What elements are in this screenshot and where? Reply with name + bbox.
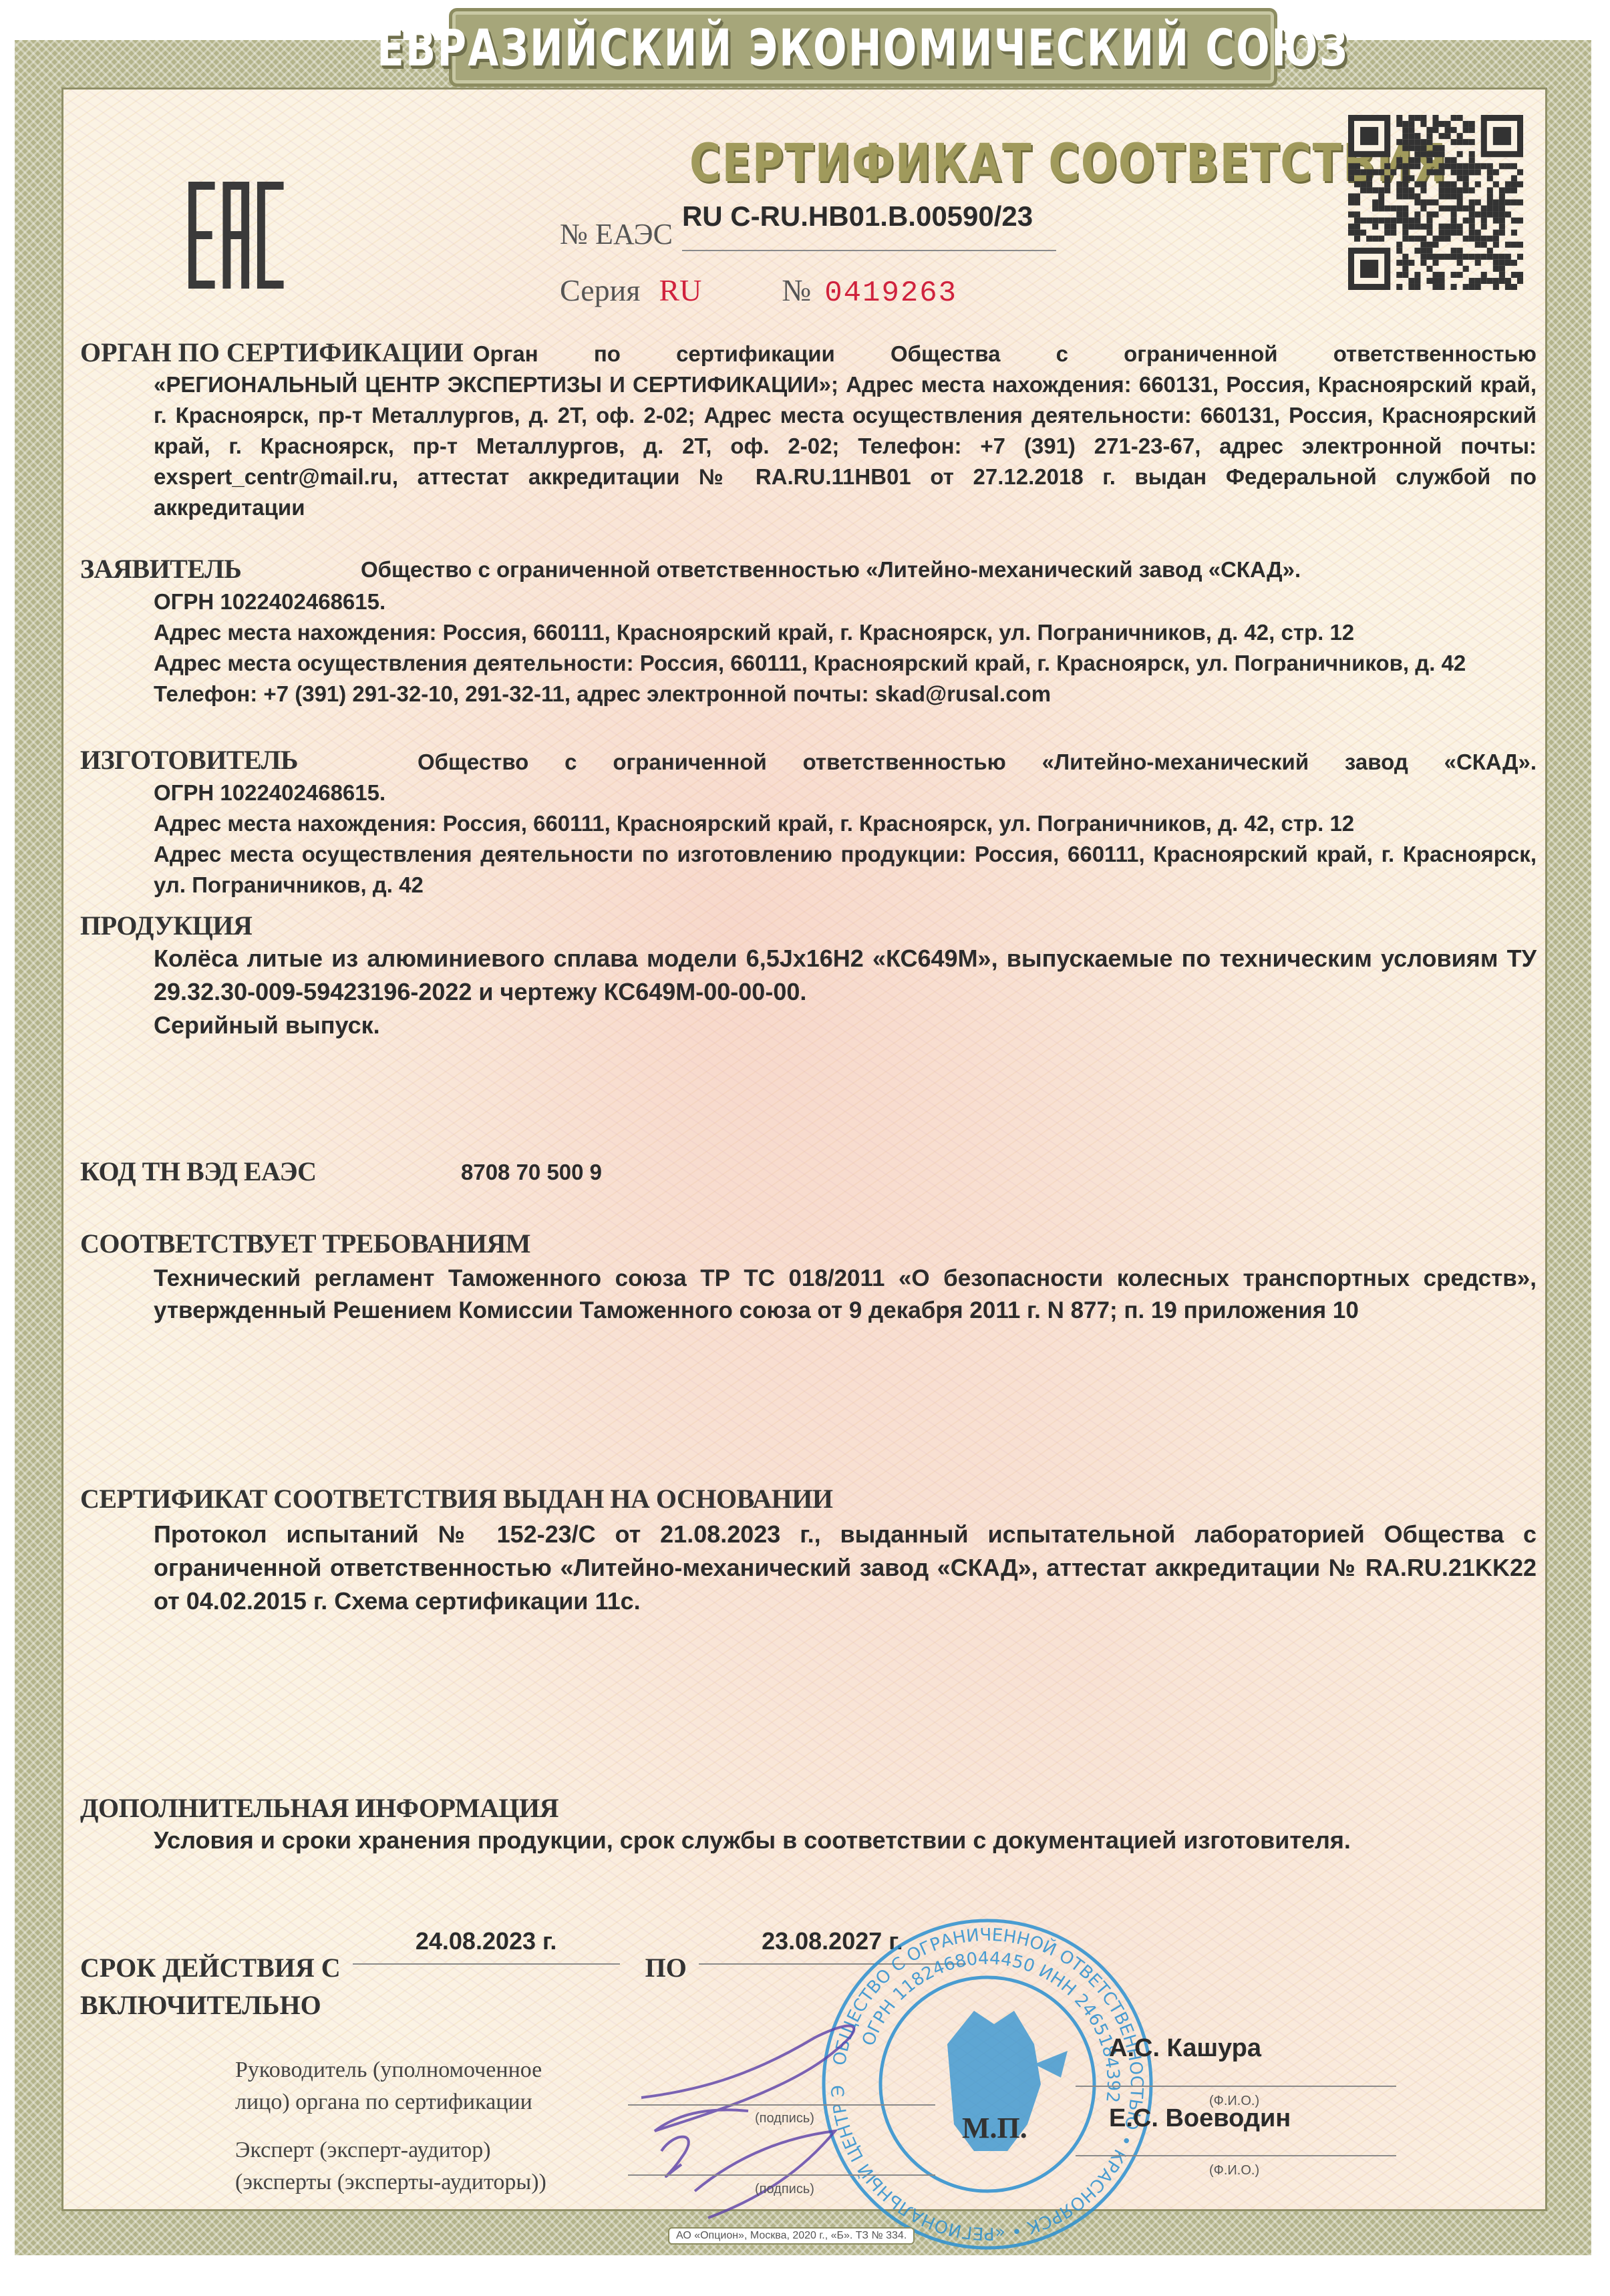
section-title-certification-body: ОРГАН ПО СЕРТИФИКАЦИИ	[80, 337, 464, 368]
applicant-details: ОГРН 1022402468615. Адрес места нахожден…	[154, 587, 1537, 709]
series-label: Серия	[560, 273, 640, 308]
section-title-additional-info: ДОПОЛНИТЕЛЬНАЯ ИНФОРМАЦИЯ	[80, 1792, 558, 1824]
head-signer-label-line-2: лицо) органа по сертификации	[235, 2086, 542, 2118]
applicant-address-location: Адрес места нахождения: Россия, 660111, …	[154, 617, 1537, 648]
additional-info-text: Условия и сроки хранения продукции, срок…	[154, 1824, 1537, 1857]
expert-name-caption: (Ф.И.О.)	[1209, 2163, 1259, 2178]
head-signer-name: А.С. Кашура	[1109, 2034, 1261, 2063]
manufacturer-details: ОГРН 1022402468615. Адрес места нахожден…	[154, 778, 1537, 900]
expert-name-line	[1076, 2155, 1396, 2156]
applicant-name: Общество с ограниченной ответственностью…	[361, 554, 1537, 585]
expert-signer-label: Эксперт (эксперт-аудитор) (эксперты (экс…	[235, 2134, 546, 2198]
expert-signer-label-line-2: (эксперты (эксперты-аудиторы))	[235, 2166, 546, 2198]
section-title-manufacturer: ИЗГОТОВИТЕЛЬ	[80, 744, 298, 776]
registration-number-row: № ЕАЭС RU C-RU.HB01.B.00590/23	[560, 200, 1056, 251]
manufacturer-address-production: Адрес места осуществления деятельности п…	[154, 839, 1537, 900]
series-value: RU	[659, 273, 701, 308]
manufacturer-ogrn: ОГРН 1022402468615.	[154, 778, 1537, 808]
manufacturer-address-location: Адрес места нахождения: Россия, 660111, …	[154, 808, 1537, 839]
union-title: ЕВРАЗИЙСКИЙ ЭКОНОМИЧЕСКИЙ СОЮЗ	[377, 18, 1349, 77]
product-description: Колёса литые из алюминиевого сплава моде…	[154, 942, 1537, 1009]
validity-from-date: 24.08.2023 г.	[353, 1927, 620, 1965]
head-signer-label: Руководитель (уполномоченное лицо) орган…	[235, 2054, 542, 2118]
head-signer-label-line-1: Руководитель (уполномоченное	[235, 2054, 542, 2086]
applicant-ogrn: ОГРН 1022402468615.	[154, 587, 1537, 617]
head-signature-caption: (подпись)	[755, 2111, 814, 2126]
printer-info: АО «Опцион», Москва, 2020 г., «Б». ТЗ № …	[668, 2227, 915, 2245]
head-signature-line	[628, 2104, 935, 2106]
certification-body-first-line: Орган по сертификации Общества с огранич…	[473, 339, 1537, 369]
product-release-type: Серийный выпуск.	[154, 1009, 1537, 1042]
expert-signer-name: Е.С. Воеводин	[1109, 2104, 1291, 2133]
certification-body-section: ОРГАН ПО СЕРТИФИКАЦИИ Орган по сертифика…	[80, 337, 1537, 523]
eac-mark-icon	[188, 182, 244, 289]
seal-placement-label: М.П.	[962, 2111, 1027, 2145]
document-title: СЕРТИФИКАТ СООТВЕТСТВИЯ	[689, 134, 1128, 194]
validity-from-label: СРОК ДЕЙСТВИЯ С	[80, 1952, 341, 1983]
section-title-hs-code: КОД ТН ВЭД ЕАЭС	[80, 1156, 317, 1187]
head-name-line	[1076, 2086, 1396, 2087]
validity-inclusive-label: ВКЛЮЧИТЕЛЬНО	[80, 1989, 321, 2021]
applicant-address-activity: Адрес места осуществления деятельности: …	[154, 648, 1537, 679]
serial-number: 0419263	[824, 277, 957, 310]
section-title-product: ПРОДУКЦИЯ	[80, 910, 252, 941]
expert-signature-caption: (подпись)	[755, 2182, 814, 2197]
serial-label: №	[782, 273, 811, 308]
requirements-text: Технический регламент Таможенного союза …	[154, 1263, 1537, 1327]
handwritten-signature-icon	[615, 1997, 1015, 2238]
product-section: Колёса литые из алюминиевого сплава моде…	[154, 942, 1537, 1042]
registration-label: № ЕАЭС	[560, 217, 673, 251]
basis-text: Протокол испытаний № 152-23/С от 21.08.2…	[154, 1518, 1537, 1618]
validity-to-label: ПО	[645, 1952, 687, 1983]
certification-body-details: «РЕГИОНАЛЬНЫЙ ЦЕНТР ЭКСПЕРТИЗЫ И СЕРТИФИ…	[80, 369, 1537, 523]
section-title-basis: СЕРТИФИКАТ СООТВЕТСТВИЯ ВЫДАН НА ОСНОВАН…	[80, 1483, 832, 1514]
expert-signature-line	[628, 2174, 935, 2176]
expert-signer-label-line-1: Эксперт (эксперт-аудитор)	[235, 2134, 546, 2166]
hs-code-value: 8708 70 500 9	[461, 1157, 602, 1188]
registration-number: RU C-RU.HB01.B.00590/23	[682, 200, 1056, 251]
series-row: Серия RU № 0419263	[560, 273, 957, 310]
section-title-applicant: ЗАЯВИТЕЛЬ	[80, 553, 241, 585]
union-banner: ЕВРАЗИЙСКИЙ ЭКОНОМИЧЕСКИЙ СОЮЗ	[449, 8, 1277, 87]
applicant-contacts: Телефон: +7 (391) 291-32-10, 291-32-11, …	[154, 679, 1537, 709]
qr-code-icon	[1348, 115, 1523, 290]
manufacturer-name: Общество с ограниченной ответственностью…	[418, 747, 1537, 778]
section-title-requirements: СООТВЕТСТВУЕТ ТРЕБОВАНИЯМ	[80, 1228, 530, 1259]
